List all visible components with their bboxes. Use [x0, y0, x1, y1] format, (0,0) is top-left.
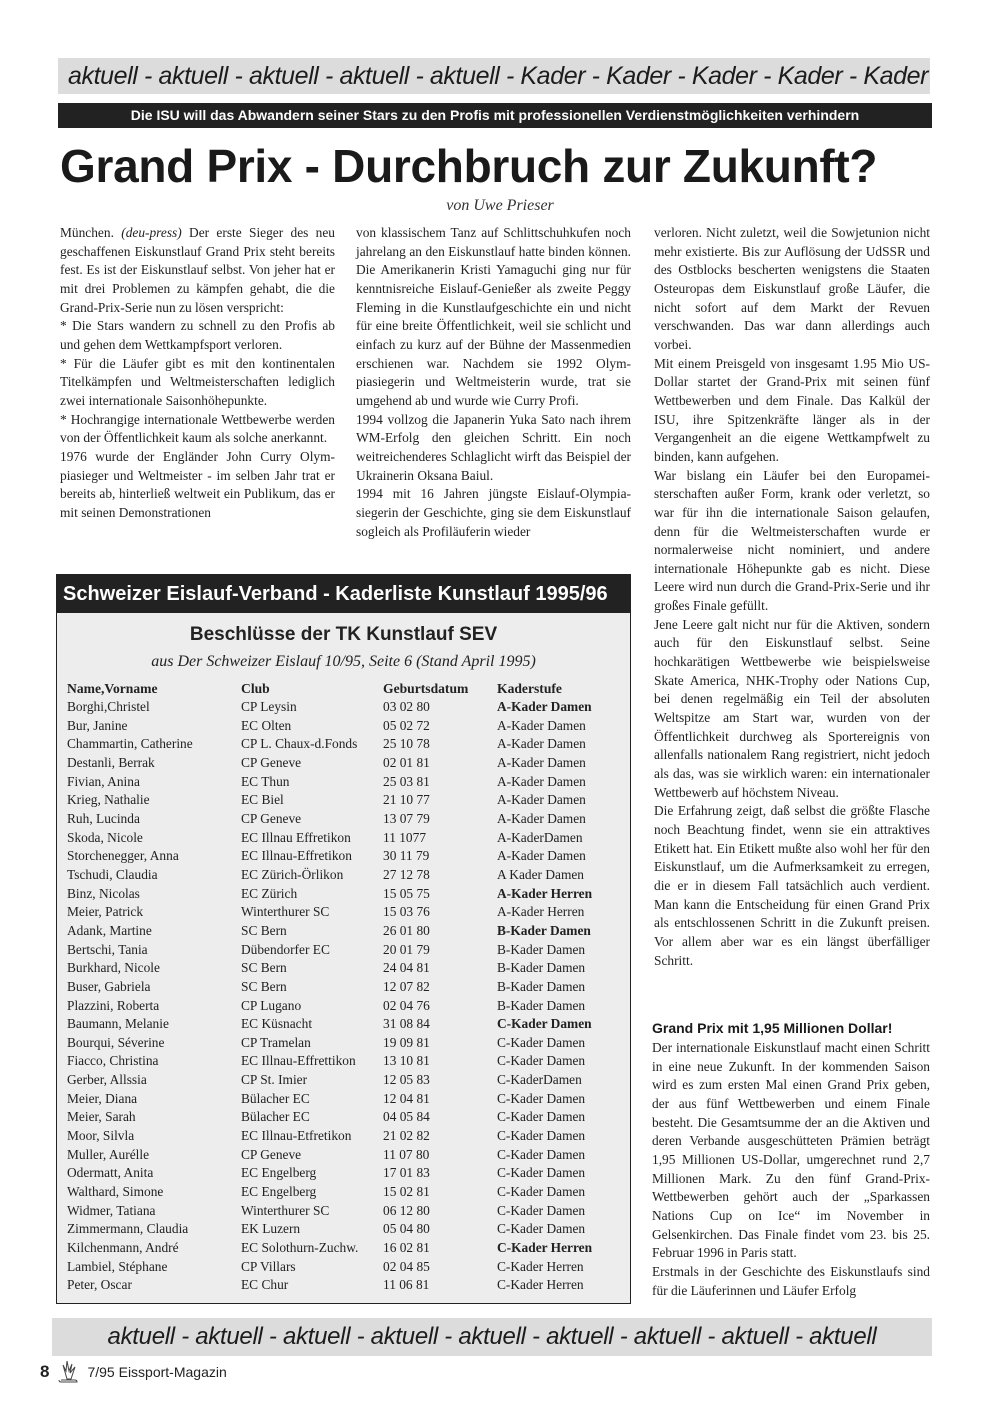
agency: (deu-press) [121, 225, 182, 240]
cell-club: EC Biel [241, 791, 383, 810]
cell-kader: A-Kader Damen [497, 735, 627, 754]
cell-name: Meier, Sarah [67, 1108, 241, 1127]
cell-club: EC Thun [241, 773, 383, 792]
cell-date: 27 12 78 [383, 866, 497, 885]
cell-name: Binz, Nicolas [67, 885, 241, 904]
cell-kader: C-Kader Damen [497, 1015, 627, 1034]
table-row: Meier, SarahBülacher EC04 05 84C-Kader D… [67, 1108, 627, 1127]
cell-name: Moor, Silvla [67, 1127, 241, 1146]
cell-club: CP Geneve [241, 810, 383, 829]
cell-club: EC Solothurn-Zuchw. [241, 1239, 383, 1258]
table-row: Ruh, LucindaCP Geneve13 07 79A-Kader Dam… [67, 810, 627, 829]
kaderliste-box: Schweizer Eislauf-Verband - Kaderliste K… [56, 574, 631, 1304]
cell-date: 11 06 81 [383, 1276, 497, 1295]
table-row: Binz, NicolasEC Zürich15 05 75A-Kader He… [67, 885, 627, 904]
paragraph: verloren. Nicht zuletzt, weil die Sowjet… [654, 224, 930, 355]
cell-date: 15 05 75 [383, 885, 497, 904]
paragraph: München. (deu-press) Der erste Sieger de… [60, 224, 335, 317]
table-row: Destanli, BerrakCP Geneve02 01 81A-Kader… [67, 754, 627, 773]
table-row: Bertschi, TaniaDübendorfer EC20 01 79B-K… [67, 941, 627, 960]
cell-date: 02 04 76 [383, 997, 497, 1016]
table-row: Muller, AurélleCP Geneve11 07 80C-Kader … [67, 1146, 627, 1165]
cell-club: CP Lugano [241, 997, 383, 1016]
cell-name: Buser, Gabriela [67, 978, 241, 997]
cell-name: Bur, Janine [67, 717, 241, 736]
cell-kader: C-Kader Damen [497, 1090, 627, 1109]
article-column-3: verloren. Nicht zuletzt, weil die Sowjet… [654, 224, 930, 970]
cell-club: EK Luzern [241, 1220, 383, 1239]
cell-kader: A-Kader Damen [497, 773, 627, 792]
cell-date: 31 08 84 [383, 1015, 497, 1034]
cell-club: CP L. Chaux-d.Fonds [241, 735, 383, 754]
cell-club: Dübendorfer EC [241, 941, 383, 960]
paragraph: * Hochrangige internationale Wettbewerbe… [60, 411, 335, 448]
cell-date: 13 10 81 [383, 1052, 497, 1071]
cell-date: 26 01 80 [383, 922, 497, 941]
cell-club: EC Engelberg [241, 1183, 383, 1202]
table-row: Burkhard, NicoleSC Bern24 04 81B-Kader D… [67, 959, 627, 978]
cell-date: 12 05 83 [383, 1071, 497, 1090]
cell-kader: A-Kader Herren [497, 885, 627, 904]
cell-club: SC Bern [241, 959, 383, 978]
table-row: Fiacco, ChristinaEC Illnau-Effrettikon13… [67, 1052, 627, 1071]
cell-date: 12 07 82 [383, 978, 497, 997]
cell-name: Burkhard, Nicole [67, 959, 241, 978]
paragraph: Jene Leere galt nicht nur für die Aktive… [654, 616, 930, 803]
cell-club: CP Tramelan [241, 1034, 383, 1053]
cell-date: 02 04 85 [383, 1258, 497, 1277]
header-name: Name,Vorname [67, 679, 241, 698]
table-row: Storchenegger, AnnaEC Illnau-Effretikon3… [67, 847, 627, 866]
paragraph: Erstmals in der Geschichte des Eiskunstl… [652, 1263, 930, 1300]
table-row: Chammartin, CatherineCP L. Chaux-d.Fonds… [67, 735, 627, 754]
cell-kader: C-Kader Damen [497, 1108, 627, 1127]
cell-name: Odermatt, Anita [67, 1164, 241, 1183]
cell-kader: C-Kader Herren [497, 1239, 627, 1258]
cell-name: Ruh, Lucinda [67, 810, 241, 829]
skate-logo-icon [55, 1359, 81, 1385]
cell-club: EC Zürich-Örlikon [241, 866, 383, 885]
cell-club: EC Illnau-Effretikon [241, 847, 383, 866]
cell-name: Adank, Martine [67, 922, 241, 941]
cell-date: 25 10 78 [383, 735, 497, 754]
cell-name: Zimmermann, Claudia [67, 1220, 241, 1239]
cell-kader: C-Kader Damen [497, 1034, 627, 1053]
cell-date: 04 05 84 [383, 1108, 497, 1127]
cell-date: 24 04 81 [383, 959, 497, 978]
cell-club: EC Illnau-Etfretikon [241, 1127, 383, 1146]
cell-name: Peter, Oscar [67, 1276, 241, 1295]
cell-date: 17 01 83 [383, 1164, 497, 1183]
cell-club: CP Villars [241, 1258, 383, 1277]
cell-date: 05 04 80 [383, 1220, 497, 1239]
cell-date: 16 02 81 [383, 1239, 497, 1258]
cell-club: CP Geneve [241, 754, 383, 773]
cell-name: Plazzini, Roberta [67, 997, 241, 1016]
cell-name: Bourqui, Séverine [67, 1034, 241, 1053]
cell-kader: C-Kader Herren [497, 1258, 627, 1277]
cell-date: 15 03 76 [383, 903, 497, 922]
article-column-2: von klassischem Tanz auf Schlittschuhkuf… [356, 224, 631, 541]
table-row: Meier, PatrickWinterthurer SC15 03 76A-K… [67, 903, 627, 922]
paragraph: 1976 wurde der Engländer John Curry Olym… [60, 448, 335, 523]
folio: 8 7/95 Eissport-Magazin [40, 1358, 227, 1386]
cell-kader: A-KaderDamen [497, 829, 627, 848]
article-column-1: München. (deu-press) Der erste Sieger de… [60, 224, 335, 523]
box-source: aus Der Schweizer Eislauf 10/95, Seite 6… [57, 651, 630, 673]
cell-date: 03 02 80 [383, 698, 497, 717]
cell-kader: C-KaderDamen [497, 1071, 627, 1090]
cell-name: Bertschi, Tania [67, 941, 241, 960]
table-row: Odermatt, AnitaEC Engelberg17 01 83C-Kad… [67, 1164, 627, 1183]
cell-kader: B-Kader Damen [497, 997, 627, 1016]
table-row: Lambiel, StéphaneCP Villars02 04 85C-Kad… [67, 1258, 627, 1277]
cell-name: Chammartin, Catherine [67, 735, 241, 754]
paragraph: War bislang ein Läufer bei den Europamei… [654, 467, 930, 616]
cell-kader: C-Kader Damen [497, 1202, 627, 1221]
kader-table: Name,Vorname Club Geburtsdatum Kaderstuf… [67, 679, 627, 1295]
table-row: Zimmermann, ClaudiaEK Luzern05 04 80C-Ka… [67, 1220, 627, 1239]
header-kader: Kaderstufe [497, 679, 627, 698]
cell-kader: A-Kader Herren [497, 903, 627, 922]
table-header-row: Name,Vorname Club Geburtsdatum Kaderstuf… [67, 679, 627, 698]
cell-name: Borghi,Christel [67, 698, 241, 717]
cell-kader: A-Kader Damen [497, 810, 627, 829]
table-row: Moor, SilvlaEC Illnau-Etfretikon21 02 82… [67, 1127, 627, 1146]
table-row: Krieg, NathalieEC Biel21 10 77A-Kader Da… [67, 791, 627, 810]
cell-date: 21 10 77 [383, 791, 497, 810]
table-row: Buser, GabrielaSC Bern12 07 82B-Kader Da… [67, 978, 627, 997]
cell-name: Fivian, Anina [67, 773, 241, 792]
table-row: Adank, MartineSC Bern26 01 80B-Kader Dam… [67, 922, 627, 941]
cell-date: 20 01 79 [383, 941, 497, 960]
cell-name: Walthard, Simone [67, 1183, 241, 1202]
cell-name: Skoda, Nicole [67, 829, 241, 848]
cell-kader: A-Kader Damen [497, 698, 627, 717]
cell-name: Gerber, Allssia [67, 1071, 241, 1090]
paragraph: Die Erfahrung zeigt, daß selbst die größ… [654, 802, 930, 970]
table-row: Bourqui, SéverineCP Tramelan19 09 81C-Ka… [67, 1034, 627, 1053]
table-row: Widmer, TatianaWinterthurer SC06 12 80C-… [67, 1202, 627, 1221]
paragraph: von klassischem Tanz auf Schlittschuhkuf… [356, 224, 631, 411]
cell-club: CP Geneve [241, 1146, 383, 1165]
cell-name: Widmer, Tatiana [67, 1202, 241, 1221]
page-number: 8 [40, 1362, 49, 1382]
cell-date: 02 01 81 [383, 754, 497, 773]
kicker-band: aktuell - aktuell - aktuell - aktuell - … [58, 58, 930, 94]
table-row: Fivian, AninaEC Thun25 03 81A-Kader Dame… [67, 773, 627, 792]
cell-kader: A-Kader Damen [497, 847, 627, 866]
table-row: Borghi,ChristelCP Leysin03 02 80A-Kader … [67, 698, 627, 717]
footer-band: aktuell - aktuell - aktuell - aktuell - … [52, 1318, 932, 1356]
header-club: Club [241, 679, 383, 698]
paragraph: * Die Stars wandern zu schnell zu den Pr… [60, 317, 335, 354]
cell-club: SC Bern [241, 922, 383, 941]
cell-kader: C-Kader Damen [497, 1052, 627, 1071]
cell-club: Winterthurer SC [241, 1202, 383, 1221]
cell-club: EC Engelberg [241, 1164, 383, 1183]
sidebar-article: Grand Prix mit 1,95 Millionen Dollar! De… [652, 1019, 930, 1300]
cell-kader: B-Kader Damen [497, 922, 627, 941]
paragraph: Mit einem Preisgeld von insgesamt 1.95 M… [654, 355, 930, 467]
cell-date: 21 02 82 [383, 1127, 497, 1146]
cell-date: 11 07 80 [383, 1146, 497, 1165]
cell-name: Lambiel, Stéphane [67, 1258, 241, 1277]
cell-date: 25 03 81 [383, 773, 497, 792]
cell-date: 11 1077 [383, 829, 497, 848]
cell-name: Meier, Patrick [67, 903, 241, 922]
cell-club: EC Illnau-Effrettikon [241, 1052, 383, 1071]
cell-kader: B-Kader Damen [497, 959, 627, 978]
cell-date: 05 02 72 [383, 717, 497, 736]
box-title: Schweizer Eislauf-Verband - Kaderliste K… [57, 575, 630, 613]
cell-name: Fiacco, Christina [67, 1052, 241, 1071]
cell-date: 13 07 79 [383, 810, 497, 829]
cell-club: SC Bern [241, 978, 383, 997]
cell-club: EC Olten [241, 717, 383, 736]
table-row: Bur, JanineEC Olten05 02 72A-Kader Damen [67, 717, 627, 736]
headline: Grand Prix - Durchbruch zur Zukunft? [60, 138, 940, 194]
dateline-city: München. [60, 225, 121, 240]
sidebar-heading: Grand Prix mit 1,95 Millionen Dollar! [652, 1019, 930, 1038]
table-body: Borghi,ChristelCP Leysin03 02 80A-Kader … [67, 698, 627, 1295]
cell-name: Tschudi, Claudia [67, 866, 241, 885]
cell-club: CP Leysin [241, 698, 383, 717]
cell-name: Kilchenmann, André [67, 1239, 241, 1258]
cell-kader: C-Kader Damen [497, 1146, 627, 1165]
cell-kader: A-Kader Damen [497, 754, 627, 773]
table-row: Plazzini, RobertaCP Lugano02 04 76B-Kade… [67, 997, 627, 1016]
table-row: Meier, DianaBülacher EC12 04 81C-Kader D… [67, 1090, 627, 1109]
byline: von Uwe Prieser [0, 197, 1000, 215]
cell-club: Bülacher EC [241, 1090, 383, 1109]
cell-kader: C-Kader Damen [497, 1220, 627, 1239]
box-subtitle: Beschlüsse der TK Kunstlauf SEV [57, 623, 630, 647]
magazine-issue: 7/95 Eissport-Magazin [87, 1364, 226, 1380]
cell-name: Storchenegger, Anna [67, 847, 241, 866]
cell-date: 30 11 79 [383, 847, 497, 866]
table-row: Skoda, NicoleEC Illnau Effretikon11 1077… [67, 829, 627, 848]
cell-date: 06 12 80 [383, 1202, 497, 1221]
cell-kader: C-Kader Damen [497, 1164, 627, 1183]
table-row: Walthard, SimoneEC Engelberg15 02 81C-Ka… [67, 1183, 627, 1202]
table-row: Baumann, MelanieEC Küsnacht31 08 84C-Kad… [67, 1015, 627, 1034]
table-row: Kilchenmann, AndréEC Solothurn-Zuchw.16 … [67, 1239, 627, 1258]
cell-date: 19 09 81 [383, 1034, 497, 1053]
cell-club: Winterthurer SC [241, 903, 383, 922]
cell-kader: C-Kader Damen [497, 1183, 627, 1202]
header-date: Geburtsdatum [383, 679, 497, 698]
cell-name: Muller, Aurélle [67, 1146, 241, 1165]
cell-club: CP St. Imier [241, 1071, 383, 1090]
cell-name: Krieg, Nathalie [67, 791, 241, 810]
cell-club: EC Zürich [241, 885, 383, 904]
cell-kader: B-Kader Damen [497, 941, 627, 960]
cell-club: EC Chur [241, 1276, 383, 1295]
cell-name: Baumann, Melanie [67, 1015, 241, 1034]
cell-kader: A-Kader Damen [497, 717, 627, 736]
cell-date: 12 04 81 [383, 1090, 497, 1109]
table-row: Tschudi, ClaudiaEC Zürich-Örlikon27 12 7… [67, 866, 627, 885]
cell-kader: A Kader Damen [497, 866, 627, 885]
paragraph: 1994 mit 16 Jahren jüngste Eislauf-Olymp… [356, 485, 631, 541]
cell-club: Bülacher EC [241, 1108, 383, 1127]
cell-date: 15 02 81 [383, 1183, 497, 1202]
cell-club: EC Küsnacht [241, 1015, 383, 1034]
cell-name: Meier, Diana [67, 1090, 241, 1109]
cell-kader: C-Kader Damen [497, 1127, 627, 1146]
paragraph: 1994 vollzog die Japanerin Yuka Sato nac… [356, 411, 631, 486]
cell-club: EC Illnau Effretikon [241, 829, 383, 848]
cell-kader: B-Kader Damen [497, 978, 627, 997]
cell-kader: C-Kader Herren [497, 1276, 627, 1295]
table-row: Gerber, AllssiaCP St. Imier12 05 83C-Kad… [67, 1071, 627, 1090]
table-row: Peter, OscarEC Chur11 06 81C-Kader Herre… [67, 1276, 627, 1295]
cell-name: Destanli, Berrak [67, 754, 241, 773]
paragraph: * Für die Läufer gibt es mit den kontine… [60, 355, 335, 411]
cell-kader: A-Kader Damen [497, 791, 627, 810]
paragraph: Der internationale Eiskunstlauf macht ei… [652, 1039, 930, 1263]
subheadline-bar: Die ISU will das Abwandern seiner Stars … [58, 103, 932, 128]
